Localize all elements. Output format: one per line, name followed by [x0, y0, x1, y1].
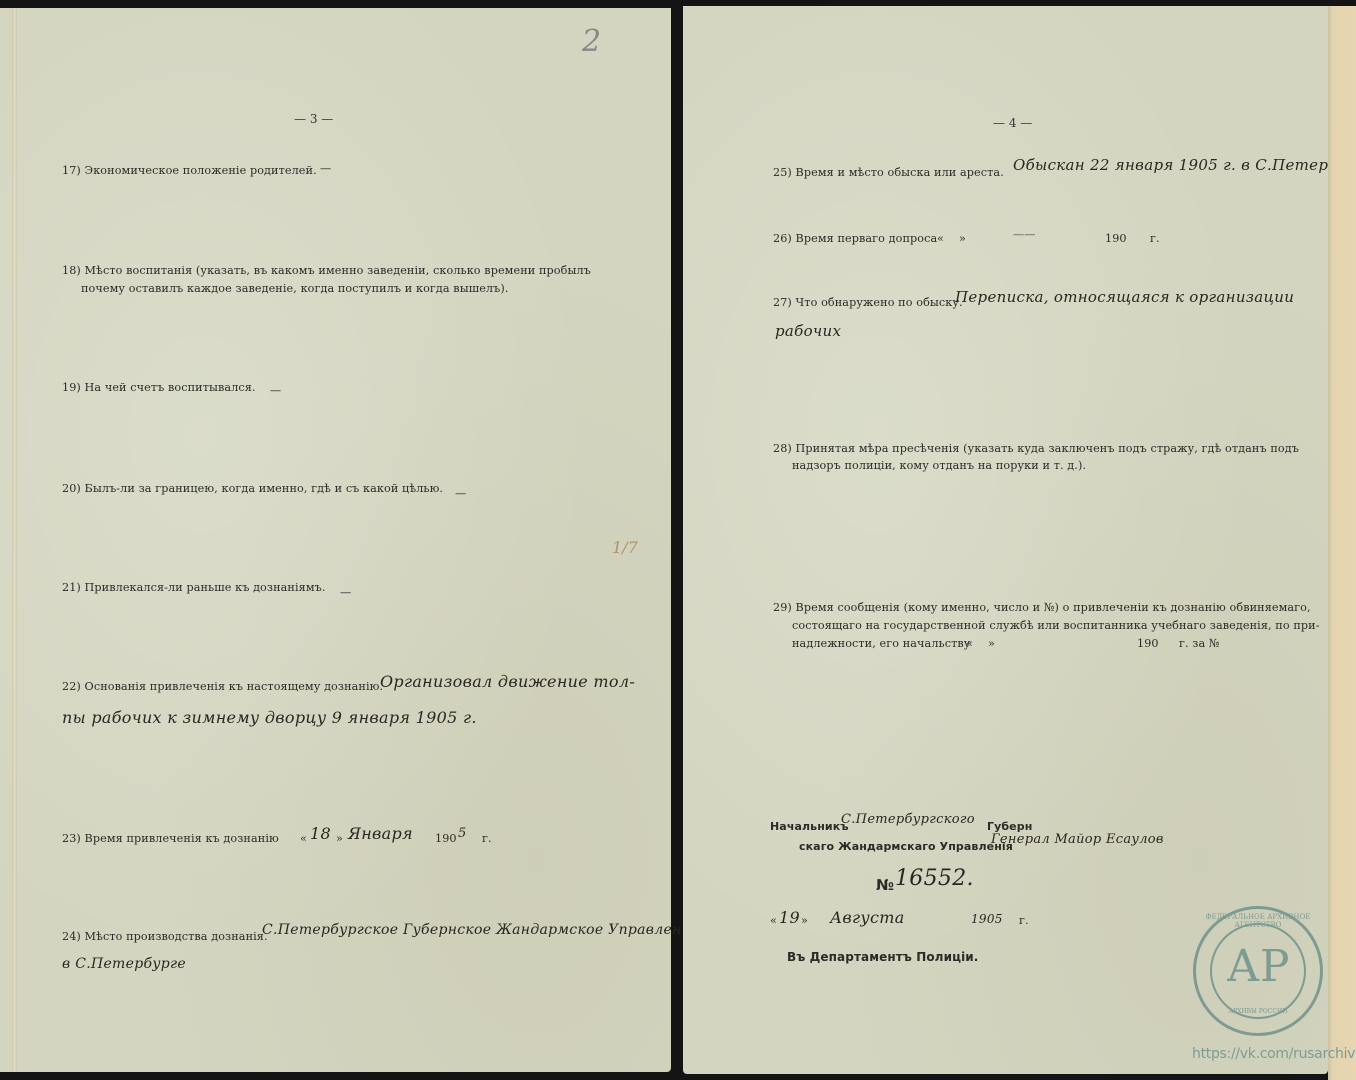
item-23-year-prefix: 190 [435, 832, 457, 845]
item-26-close-quote: » [959, 232, 966, 245]
stamp-monogram: АР [1196, 941, 1320, 992]
signature-title-prefix: Начальникъ [770, 820, 849, 833]
item-26-open-quote: « [937, 232, 944, 245]
item-18-label: 18) Мѣсто воспитанія (указать, въ какомъ… [62, 264, 591, 277]
item-23-label: 23) Время привлеченія къ дознанію [62, 832, 279, 845]
item-28-label-cont: надзоръ полиціи, кому отданъ на поруки и… [792, 459, 1086, 472]
date-close-quote: » [801, 914, 808, 927]
item-26-label: 26) Время перваго допроса [773, 232, 937, 245]
item-22-answer-line2: пы рабочих к зимнему дворцу 9 января 190… [62, 708, 477, 727]
date-open-quote: « [770, 914, 777, 927]
item-27-answer-line1: Переписка, относящаяся к организации [955, 288, 1294, 306]
signature-title-line2: скаго Жандармскаго Управленія [799, 840, 1013, 853]
item-17-label: 17) Экономическое положеніе родителей. [62, 164, 317, 177]
date-end: г. [1019, 914, 1029, 927]
item-24-label: 24) Мѣсто производства дознанія. [62, 930, 268, 943]
left-page: 2 — 3 — 17) Экономическое положеніе роди… [0, 8, 671, 1072]
outgoing-number: 16552. [895, 866, 974, 891]
item-23-year-end: г. [482, 832, 492, 845]
item-20-label: 20) Былъ-ли за границею, когда именно, г… [62, 482, 443, 495]
item-29-close-quote: » [988, 637, 995, 650]
item-24-answer-line2: в С.Петербурге [62, 956, 186, 972]
item-21-label: 21) Привлекался-ли раньше къ дознаніямъ. [62, 581, 326, 594]
item-29-label-cont1: состоящаго на государственной службѣ или… [792, 619, 1320, 632]
item-18-label-cont: почему оставилъ каждое заведеніе, когда … [81, 282, 508, 295]
item-27-answer-line2: рабочих [775, 322, 841, 340]
item-28-label: 28) Принятая мѣра пресѣченія (указать ку… [773, 442, 1299, 455]
item-23-open-quote: « [300, 832, 307, 845]
item-26-blank: —— [1013, 228, 1036, 241]
pencil-mark: 1/7 [612, 538, 638, 557]
item-19-label: 19) На чей счетъ воспитывался. [62, 381, 256, 394]
date-day: 19 [779, 908, 800, 927]
item-24-answer-line1: С.Петербургское Губернское Жандармское У… [262, 922, 699, 938]
item-17-answer: — [320, 162, 331, 175]
stamp-ring-text: ФЕДЕРАЛЬНОЕ АРХИВНОЕ АГЕНТСТВО [1196, 913, 1320, 929]
item-20-answer: — [455, 487, 466, 500]
page-number: — 4 — [993, 116, 1032, 130]
archive-sheet-number: 2 [582, 24, 601, 59]
signature-title-handwritten: С.Петербургского [841, 812, 975, 827]
item-23-year-suffix: 5 [458, 826, 467, 841]
item-19-answer: — [270, 384, 281, 397]
watermark-url: https://vk.com/rusarchives [1192, 1046, 1356, 1062]
outgoing-number-prefix: № [876, 876, 894, 894]
item-22-answer-line1: Организовал движение тол- [380, 672, 635, 691]
recipient: Въ Департаментъ Полиціи. [787, 950, 978, 964]
item-29-year: 190 [1137, 637, 1159, 650]
item-29-label-cont2: надлежности, его начальству [792, 637, 970, 650]
item-25-answer: Обыскан 22 января 1905 г. в С.Петербурге [1013, 156, 1356, 174]
item-26-year-end: г. [1150, 232, 1160, 245]
stamp-bottom-text: АРХИВЫ РОССИИ [1196, 1008, 1320, 1015]
item-29-year-end: г. за № [1179, 637, 1220, 650]
date-month: Августа [830, 908, 905, 927]
item-29-label: 29) Время сообщенія (кому именно, число … [773, 601, 1311, 614]
item-25-label: 25) Время и мѣсто обыска или ареста. [773, 166, 1004, 179]
item-23-close-quote: » [336, 832, 343, 845]
page-crease [12, 8, 17, 1072]
item-21-answer: — [340, 586, 351, 599]
item-26-year: 190 [1105, 232, 1127, 245]
item-23-day: 18 [310, 824, 331, 843]
page-edge [1328, 6, 1356, 1080]
item-22-label: 22) Основанія привлеченія къ настоящему … [62, 680, 383, 693]
signature-signer: Генерал Майор Есаулов [991, 832, 1164, 847]
archive-watermark-stamp: ФЕДЕРАЛЬНОЕ АРХИВНОЕ АГЕНТСТВО АР АРХИВЫ… [1193, 906, 1323, 1036]
item-29-open-quote: « [966, 637, 973, 650]
page-number: — 3 — [294, 112, 333, 126]
item-27-label: 27) Что обнаружено по обыску. [773, 296, 963, 309]
item-23-month: Января [348, 824, 413, 843]
date-year: 1905 [971, 912, 1003, 926]
